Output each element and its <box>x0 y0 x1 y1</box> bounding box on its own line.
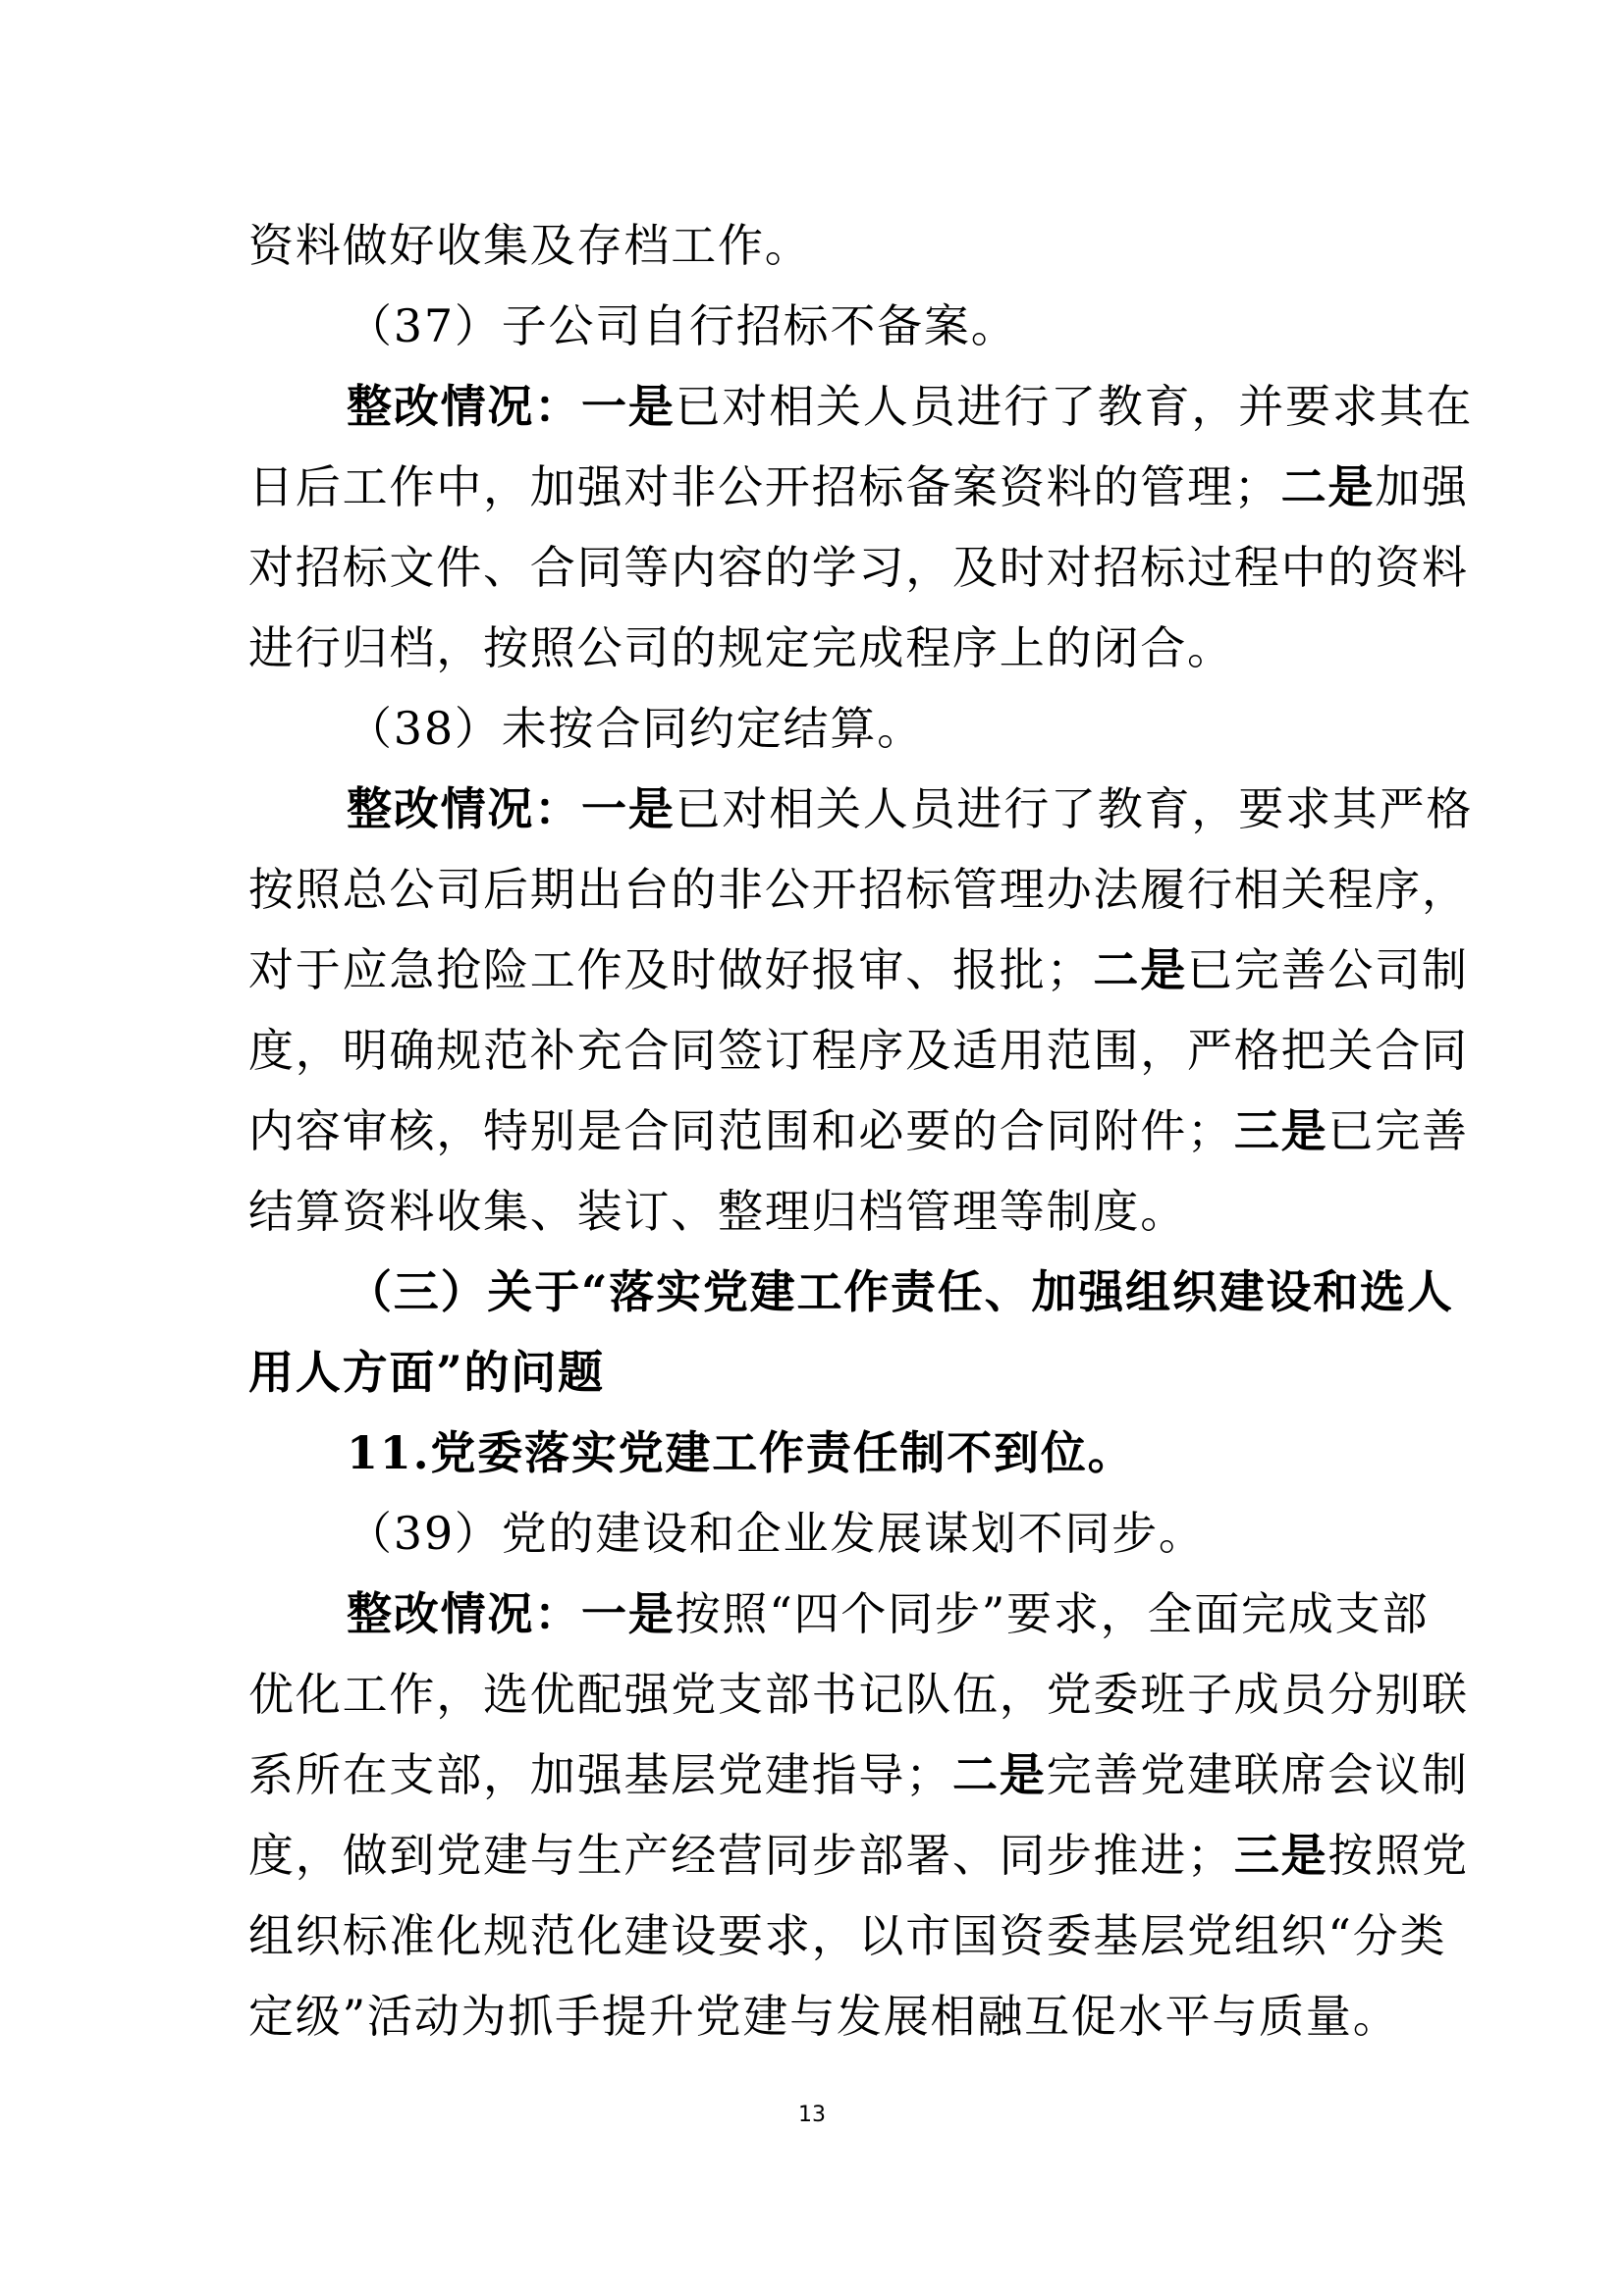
text-segment: 度，做到党建与生产经营同步部署、同步推进； <box>248 1829 1234 1882</box>
text-segment: 已完善公司制 <box>1187 943 1469 996</box>
text-segment: 完善党建联席会议制 <box>1047 1748 1469 1801</box>
text-line: 结算资料收集、装订、整理归档管理等制度。 <box>248 1171 1378 1252</box>
bold-text-segment: 三是 <box>1234 1104 1328 1157</box>
bold-text-segment: 整改情况： <box>347 782 581 835</box>
text-segment: 系所在支部，加强基层党建指导； <box>248 1748 952 1801</box>
text-segment: （39）党的建设和企业发展谋划不同步。 <box>347 1507 1206 1560</box>
text-segment: 已对相关人员进行了教育，要求其严格 <box>676 782 1474 835</box>
bold-text-segment: 一是 <box>581 1587 676 1640</box>
text-line: 系所在支部，加强基层党建指导；二是完善党建联席会议制 <box>248 1735 1378 1815</box>
text-line: 内容审核，特别是合同范围和必要的合同附件；三是已完善 <box>248 1091 1378 1171</box>
bold-text-segment: 一是 <box>581 782 676 835</box>
text-segment: 已完善 <box>1327 1104 1468 1157</box>
text-segment: （37）子公司自行招标不备案。 <box>347 299 1018 352</box>
text-line: 整改情况：一是按照“四个同步”要求，全面完成支部 <box>248 1574 1378 1654</box>
text-line: （三）关于“落实党建工作责任、加强组织建设和选人 <box>248 1252 1378 1332</box>
text-segment: 内容审核，特别是合同范围和必要的合同附件； <box>248 1104 1234 1157</box>
text-line: 11.党委落实党建工作责任制不到位。 <box>248 1413 1378 1493</box>
text-line: 优化工作，选优配强党支部书记队伍，党委班子成员分别联 <box>248 1654 1378 1735</box>
bold-text-segment: 三是 <box>1234 1829 1328 1882</box>
text-segment: 结算资料收集、装订、整理归档管理等制度。 <box>248 1185 1187 1238</box>
text-line: （38）未按合同约定结算。 <box>248 688 1378 769</box>
document-body: 资料做好收集及存档工作。（37）子公司自行招标不备案。整改情况：一是已对相关人员… <box>248 205 1378 2056</box>
bold-text-segment: 二是 <box>1281 460 1376 513</box>
text-segment: 资料做好收集及存档工作。 <box>248 219 812 272</box>
text-line: 按照总公司后期出台的非公开招标管理办法履行相关程序， <box>248 849 1378 930</box>
text-line: 资料做好收集及存档工作。 <box>248 205 1378 286</box>
page-number: 13 <box>0 2103 1624 2127</box>
text-line: 日后工作中，加强对非公开招标备案资料的管理；二是加强 <box>248 447 1378 527</box>
text-line: （37）子公司自行招标不备案。 <box>248 286 1378 366</box>
text-segment: 日后工作中，加强对非公开招标备案资料的管理； <box>248 460 1281 513</box>
bold-text-segment: 整改情况： <box>347 1587 581 1640</box>
text-line: （39）党的建设和企业发展谋划不同步。 <box>248 1493 1378 1574</box>
text-segment: 已对相关人员进行了教育，并要求其在 <box>676 380 1474 433</box>
bold-text-segment: 用人方面”的问题 <box>248 1346 605 1399</box>
text-segment: 进行归档，按照公司的规定完成程序上的闭合。 <box>248 621 1234 674</box>
bold-text-segment: 11.党委落实党建工作责任制不到位。 <box>347 1426 1134 1479</box>
text-segment: 加强 <box>1375 460 1469 513</box>
bold-text-segment: 二是 <box>1093 943 1187 996</box>
bold-text-segment: （三）关于“落实党建工作责任、加强组织建设和选人 <box>347 1265 1454 1318</box>
text-segment: 定级”活动为抓手提升党建与发展相融互促水平与质量。 <box>248 1990 1400 2043</box>
bold-text-segment: 整改情况： <box>347 380 581 433</box>
text-line: 度，明确规范补充合同签订程序及适用范围，严格把关合同 <box>248 1010 1378 1091</box>
text-segment: 对于应急抢险工作及时做好报审、报批； <box>248 943 1093 996</box>
text-line: 度，做到党建与生产经营同步部署、同步推进；三是按照党 <box>248 1815 1378 1896</box>
text-segment: 优化工作，选优配强党支部书记队伍，党委班子成员分别联 <box>248 1668 1469 1721</box>
text-segment: （38）未按合同约定结算。 <box>347 702 924 755</box>
document-page: 资料做好收集及存档工作。（37）子公司自行招标不备案。整改情况：一是已对相关人员… <box>0 0 1624 2296</box>
text-segment: 按照“四个同步”要求，全面完成支部 <box>676 1587 1430 1640</box>
text-line: 进行归档，按照公司的规定完成程序上的闭合。 <box>248 608 1378 688</box>
text-line: 对于应急抢险工作及时做好报审、报批；二是已完善公司制 <box>248 930 1378 1010</box>
text-line: 对招标文件、合同等内容的学习，及时对招标过程中的资料 <box>248 527 1378 608</box>
text-line: 用人方面”的问题 <box>248 1332 1378 1413</box>
text-segment: 对招标文件、合同等内容的学习，及时对招标过程中的资料 <box>248 541 1469 594</box>
text-segment: 按照党 <box>1327 1829 1468 1882</box>
text-segment: 组织标准化规范化建设要求，以市国资委基层党组织“分类 <box>248 1909 1446 1962</box>
text-line: 定级”活动为抓手提升党建与发展相融互促水平与质量。 <box>248 1976 1378 2056</box>
text-line: 整改情况：一是已对相关人员进行了教育，并要求其在 <box>248 366 1378 447</box>
text-segment: 按照总公司后期出台的非公开招标管理办法履行相关程序， <box>248 863 1469 916</box>
bold-text-segment: 二是 <box>952 1748 1047 1801</box>
text-segment: 度，明确规范补充合同签订程序及适用范围，严格把关合同 <box>248 1024 1469 1077</box>
text-line: 组织标准化规范化建设要求，以市国资委基层党组织“分类 <box>248 1896 1378 1976</box>
bold-text-segment: 一是 <box>581 380 676 433</box>
text-line: 整改情况：一是已对相关人员进行了教育，要求其严格 <box>248 769 1378 849</box>
